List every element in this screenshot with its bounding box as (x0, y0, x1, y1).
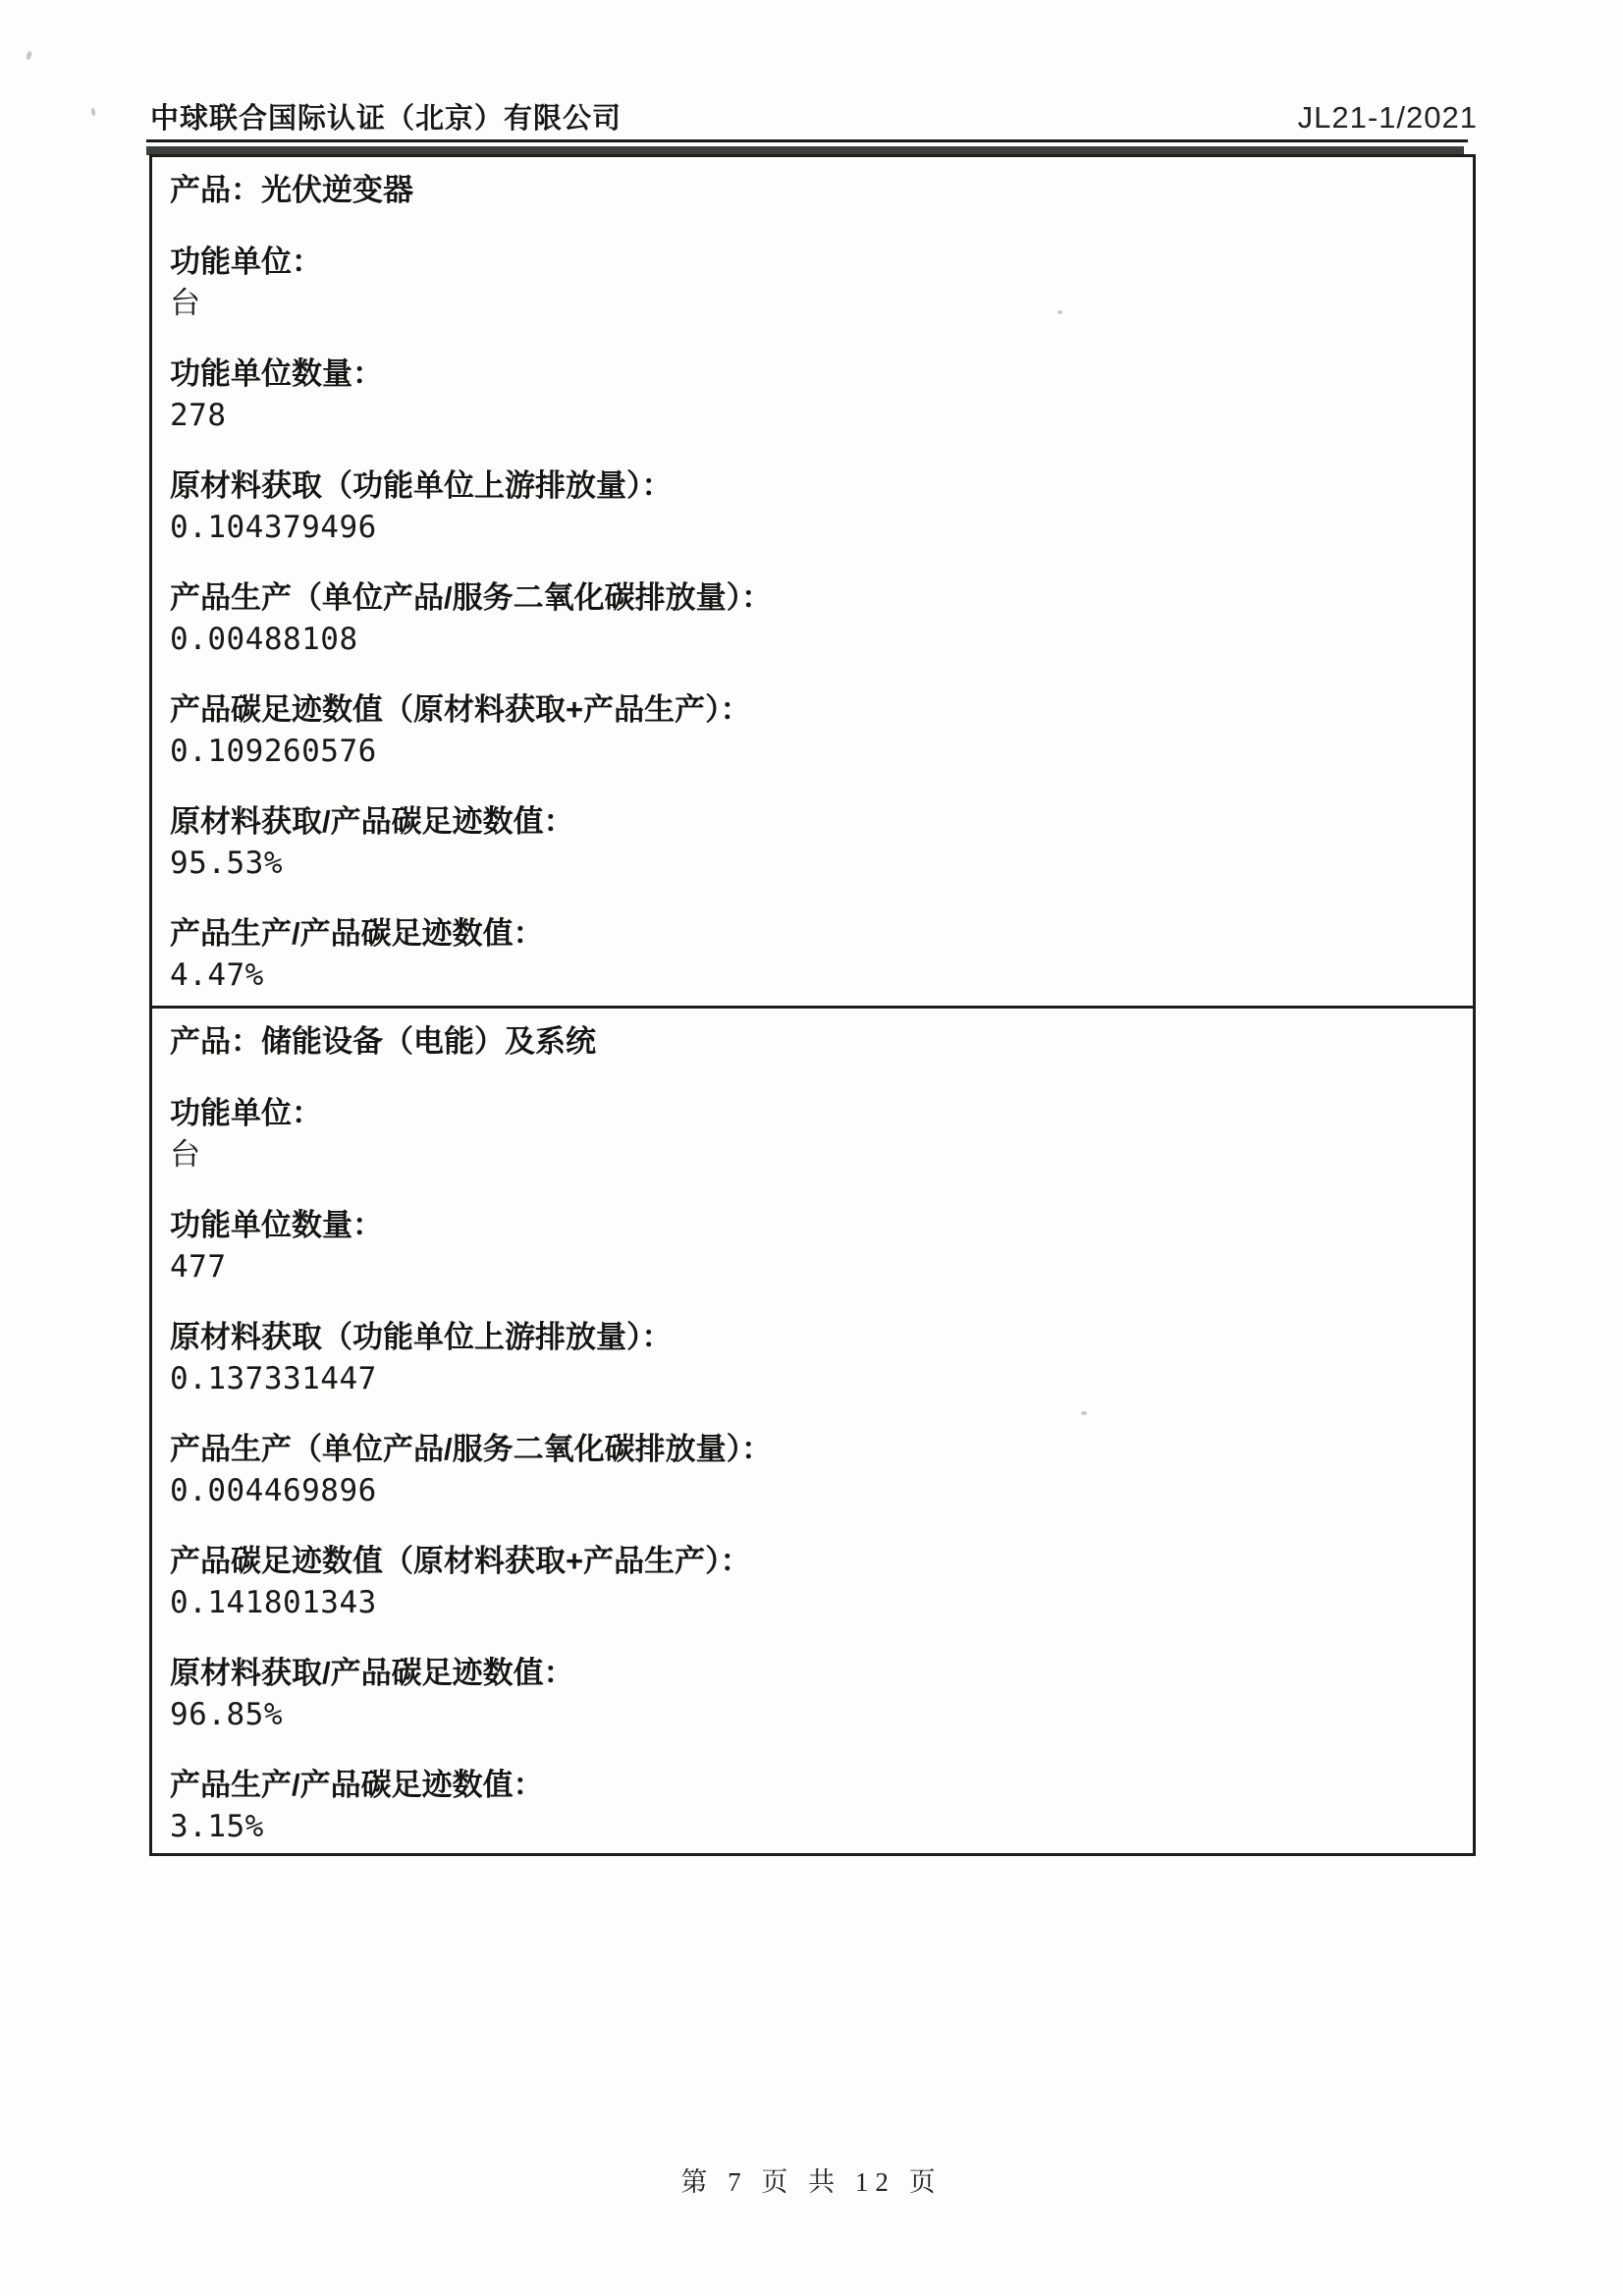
field-value: 0.109260576 (170, 731, 1449, 772)
field-value: 0.004469896 (170, 1470, 1449, 1511)
scan-artifact (26, 50, 33, 60)
scan-artifact (1057, 310, 1062, 314)
field-value: 278 (170, 395, 1449, 436)
field-group-production-ratio: 产品生产/产品碳足迹数值： 3.15% (170, 1765, 1449, 1847)
field-label: 功能单位数量： (170, 1205, 1449, 1246)
field-label: 功能单位： (170, 1093, 1449, 1134)
product-section-energy-storage: 产品：储能设备（电能）及系统 功能单位： 台 功能单位数量： 477 原材料获取… (152, 1009, 1473, 1853)
field-label: 产品生产（单位产品/服务二氧化碳排放量）： (170, 1429, 1449, 1470)
field-value: 0.141801343 (170, 1582, 1449, 1623)
field-label: 原材料获取/产品碳足迹数值： (170, 801, 1449, 843)
field-group-functional-unit-qty: 功能单位数量： 477 (170, 1205, 1449, 1287)
header-rule-thin (146, 139, 1468, 142)
field-value: 477 (170, 1246, 1449, 1287)
field-label: 原材料获取（功能单位上游排放量）： (170, 465, 1449, 507)
field-value: 台 (170, 1134, 1449, 1175)
field-group-raw-material: 原材料获取（功能单位上游排放量）： 0.137331447 (170, 1317, 1449, 1399)
field-group-carbon-footprint: 产品碳足迹数值（原材料获取+产品生产）： 0.109260576 (170, 689, 1449, 772)
field-value: 0.00488108 (170, 619, 1449, 660)
field-group-raw-material-ratio: 原材料获取/产品碳足迹数值： 95.53% (170, 801, 1449, 884)
field-group-functional-unit: 功能单位： 台 (170, 1093, 1449, 1175)
field-group-production-ratio: 产品生产/产品碳足迹数值： 4.47% (170, 913, 1449, 996)
field-value: 0.137331447 (170, 1358, 1449, 1399)
field-label: 原材料获取/产品碳足迹数值： (170, 1653, 1449, 1694)
field-value: 台 (170, 283, 1449, 324)
field-value: 0.104379496 (170, 507, 1449, 548)
field-group-production: 产品生产（单位产品/服务二氧化碳排放量）： 0.00488108 (170, 577, 1449, 660)
field-group-functional-unit-qty: 功能单位数量： 278 (170, 354, 1449, 436)
product-title: 产品：储能设备（电能）及系统 (170, 1020, 1449, 1064)
product-title: 产品：光伏逆变器 (170, 169, 1449, 212)
field-label: 产品碳足迹数值（原材料获取+产品生产）： (170, 689, 1449, 731)
company-name: 中球联合国际认证（北京）有限公司 (150, 96, 622, 137)
product-section-pv-inverter: 产品：光伏逆变器 功能单位： 台 功能单位数量： 278 原材料获取（功能单位上… (152, 157, 1473, 1009)
scan-artifact (90, 108, 95, 116)
field-label: 功能单位数量： (170, 354, 1449, 395)
field-label: 产品碳足迹数值（原材料获取+产品生产）： (170, 1541, 1449, 1582)
field-label: 产品生产（单位产品/服务二氧化碳排放量）： (170, 577, 1449, 619)
field-group-raw-material-ratio: 原材料获取/产品碳足迹数值： 96.85% (170, 1653, 1449, 1735)
field-group-functional-unit: 功能单位： 台 (170, 242, 1449, 324)
field-label: 原材料获取（功能单位上游排放量）： (170, 1317, 1449, 1358)
scan-artifact (1081, 1411, 1087, 1415)
document-page: 中球联合国际认证（北京）有限公司 JL21-1/2021 产品：光伏逆变器 功能… (0, 0, 1623, 2296)
page-footer: 第 7 页 共 12 页 (0, 2160, 1623, 2199)
page-header: 中球联合国际认证（北京）有限公司 JL21-1/2021 (150, 96, 1478, 137)
field-label: 功能单位： (170, 242, 1449, 283)
field-label: 产品生产/产品碳足迹数值： (170, 1765, 1449, 1806)
page-number: 第 7 页 共 12 页 (680, 2167, 942, 2197)
field-group-carbon-footprint: 产品碳足迹数值（原材料获取+产品生产）： 0.141801343 (170, 1541, 1449, 1623)
field-value: 4.47% (170, 955, 1449, 996)
product-tables: 产品：光伏逆变器 功能单位： 台 功能单位数量： 278 原材料获取（功能单位上… (149, 154, 1476, 1856)
field-value: 3.15% (170, 1806, 1449, 1847)
document-number: JL21-1/2021 (1298, 100, 1478, 136)
field-group-production: 产品生产（单位产品/服务二氧化碳排放量）： 0.004469896 (170, 1429, 1449, 1511)
field-group-raw-material: 原材料获取（功能单位上游排放量）： 0.104379496 (170, 465, 1449, 548)
field-value: 96.85% (170, 1694, 1449, 1735)
field-label: 产品生产/产品碳足迹数值： (170, 913, 1449, 955)
field-value: 95.53% (170, 843, 1449, 884)
